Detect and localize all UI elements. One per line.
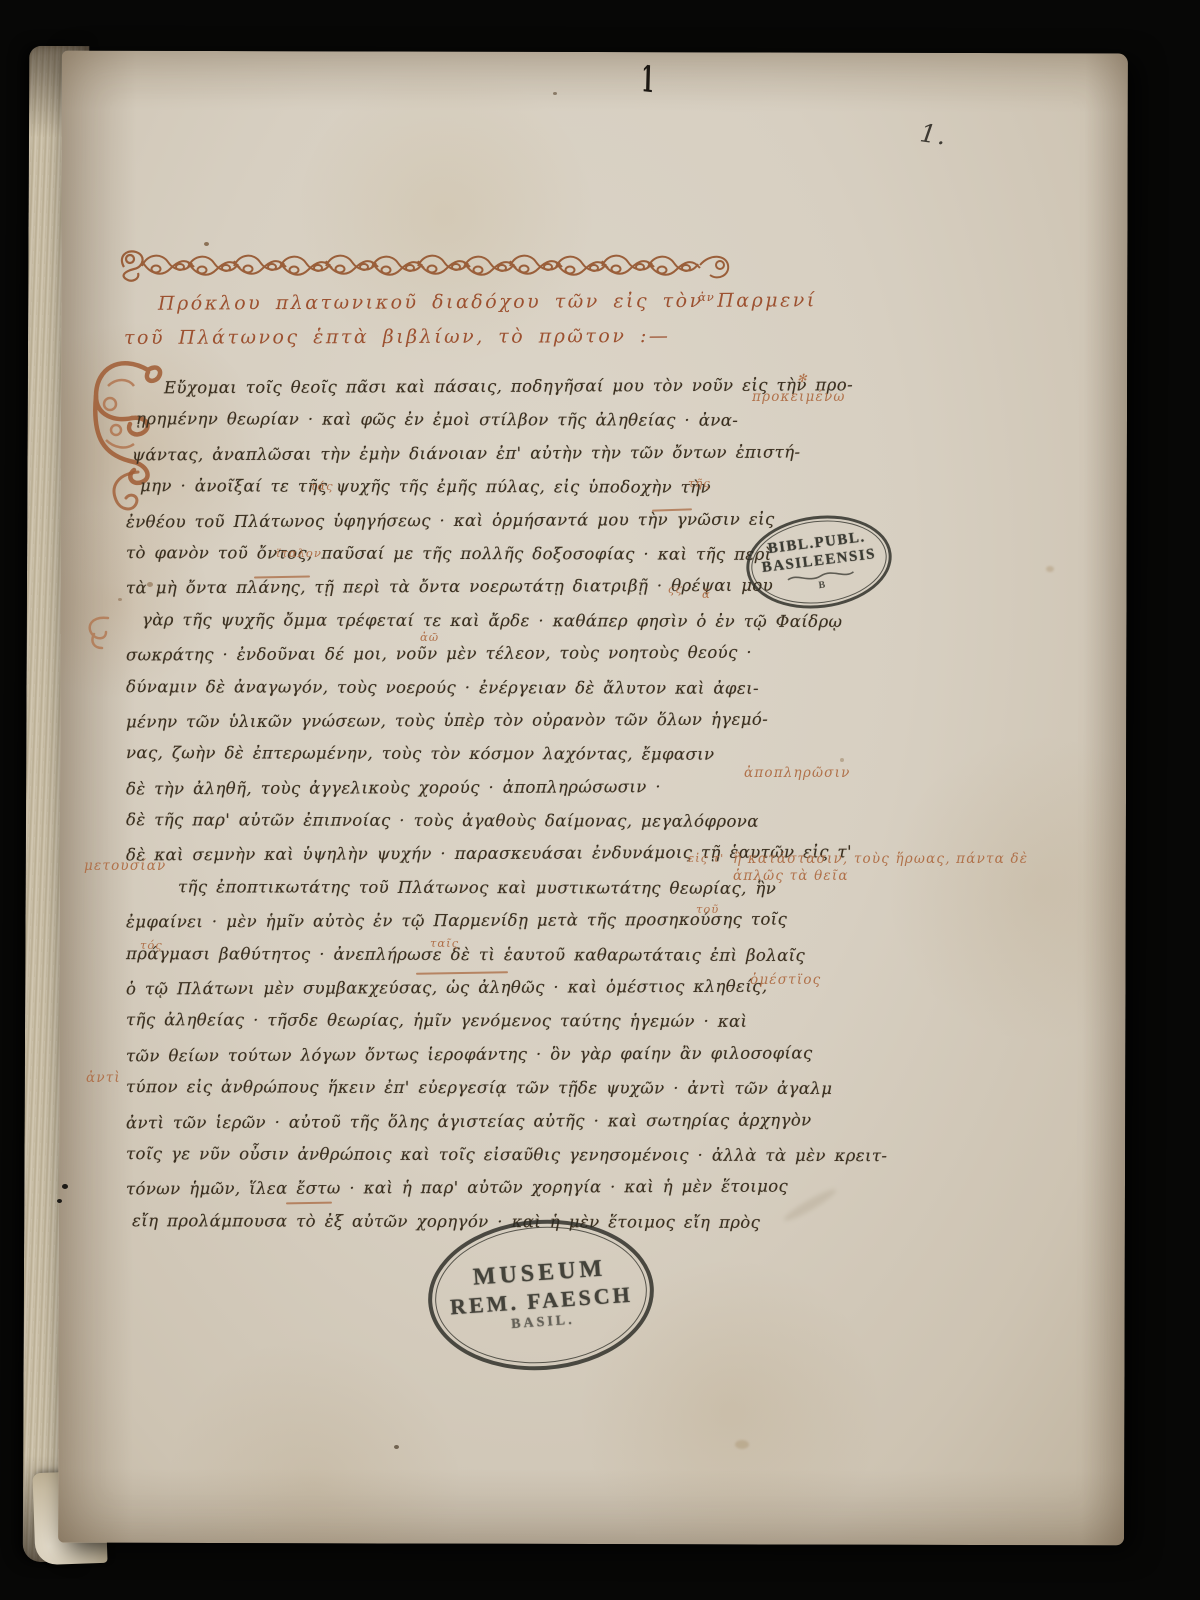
margin-note-line: μετουσίαν [84, 858, 166, 875]
text-line: μένην τῶν ὑλικῶν γνώσεων, τοὺς ὑπὲρ τὸν … [126, 709, 782, 745]
foxing-spot [840, 758, 844, 762]
text-line: δὲ τὴν ἀληθῆ, τοὺς ἀγγελικοὺς χορούς · ἀ… [126, 776, 782, 812]
margin-note-line: ἀντὶ [86, 1070, 121, 1087]
text-line: Εὔχομαι τοῖς θεοῖς πᾶσι καὶ πάσαις, ποδη… [126, 376, 782, 412]
stamp-text: B [818, 581, 826, 590]
main-text-block: Εὔχομαι τοῖς θεοῖς πᾶσι καὶ πάσαις, ποδη… [126, 377, 782, 1245]
headband-ornament-icon [116, 245, 734, 287]
text-line: τῆς ἐποπτικωτάτης τοῦ Πλάτωνος καὶ μυστι… [126, 877, 782, 912]
interlinear-gloss: τάς [310, 479, 334, 493]
title-line-1: Πρόκλου πλατωνικοῦ διαδόχου τῶν εἰς τὸν … [158, 289, 817, 314]
interlinear-gloss: τοῦ [696, 902, 719, 916]
margin-note-right: προκειμένω [752, 389, 846, 406]
text-line: σωκράτης · ἐνδοῦναι δέ μοι, νοῦν μὲν τέλ… [126, 643, 782, 679]
interlinear-gloss: εἰς τ' [688, 851, 724, 865]
margin-note-right: ὁμέστϊος [750, 972, 821, 989]
text-line: δὲ τῆς παρ' αὐτῶν ἐπιπνοίας · τοὺς ἀγαθο… [126, 810, 782, 845]
interlinear-gloss: τός [140, 938, 163, 952]
margin-note-line: ἢ κατάστασιν, τοὺς ἥρωας, πάντα δὲ [733, 851, 1028, 868]
ink-speck [62, 1184, 68, 1189]
manuscript-photograph: 1 1. [0, 0, 1200, 1600]
text-line: ὁ τῷ Πλάτωνι μὲν συμβακχεύσας, ὡς ἀληθῶς… [126, 977, 782, 1013]
text-line: ῃρημένην θεωρίαν · καὶ φῶς ἐν ἐμοὶ στίλβ… [126, 410, 782, 445]
museum-stamp: MUSEUM REM. FAESCH BASIL. [423, 1212, 659, 1377]
text-line: μην · ἀνοῖξαί τε τῆς ψυχῆς τῆς ἐμῆς πύλα… [126, 476, 782, 511]
text-line: τῆς ἀληθείας · τῆσδε θεωρίας, ἡμῖν γενόμ… [126, 1011, 782, 1046]
text-line: ψάντας, ἀναπλῶσαι τὴν ἐμὴν διάνοιαν ἐπ' … [126, 442, 782, 478]
foxing-spot [118, 598, 122, 601]
foxing-spot [735, 1440, 749, 1449]
interlinear-gloss: ἅ [702, 587, 711, 601]
library-stamp: BIBL.PUBL. BASILEENSIS B [741, 507, 897, 616]
ink-speck [57, 1199, 62, 1203]
text-line: δὲ καὶ σεμνὴν καὶ ὑψηλὴν ψυχήν · παρασκε… [126, 843, 782, 879]
margin-note-line: προκειμένω [752, 389, 846, 406]
text-line: γὰρ τῆς ψυχῆς ὄμμα τρέφεταί τε καὶ ἄρδε … [126, 610, 782, 645]
stamp-text: BASIL. [511, 1312, 576, 1333]
interlinear-gloss: ἀν [698, 290, 715, 304]
text-line: τοῖς γε νῦν οὖσιν ἀνθρώποις καὶ τοῖς εἰσ… [126, 1144, 782, 1179]
margin-note-line: ἀποπληρῶσιν [744, 765, 851, 782]
margin-note-line: ὁμέστϊος [750, 972, 821, 989]
paragraph-flourish-icon [82, 614, 114, 652]
interlinear-gloss: ἀῶ [420, 630, 439, 644]
text-line: νας, ζωὴν δὲ ἐπτερωμένην, τοὺς τὸν κόσμο… [126, 743, 782, 778]
title-line-2: τοῦ Πλάτωνος ἑπτὰ βιβλίων, τὸ πρῶτον :— [124, 325, 670, 349]
interlinear-gloss: τῆς [688, 476, 711, 490]
text-line: τόνων ἡμῶν, ἵλεα ἔστω · καὶ ἡ παρ' αὐτῶν… [126, 1177, 782, 1213]
foxing-spot [1046, 566, 1054, 572]
interlinear-gloss: ϊταλον [276, 546, 322, 560]
text-line: ἀντὶ τῶν ἱερῶν · αὐτοῦ τῆς ὅλης ἁγιστεία… [126, 1110, 782, 1146]
quire-mark: 1 [641, 58, 655, 101]
interlinear-gloss: ϛϛ [668, 582, 683, 596]
margin-note-line: ἁπλῶς τὰ θεῖα [733, 868, 1028, 885]
foxing-spot [553, 92, 557, 95]
text-line: τὰ μὴ ὄντα πλάνης, τῇ περὶ τὰ ὄντα νοερω… [126, 576, 782, 612]
margin-note-left: μετουσίαν [84, 858, 166, 875]
text-line: τύπον εἰς ἀνθρώπους ἥκειν ἐπ' εὐεργεσίᾳ … [126, 1077, 782, 1112]
text-line: ἐνθέου τοῦ Πλάτωνος ὑφηγήσεως · καὶ ὁρμή… [126, 509, 782, 545]
foxing-spot [394, 1445, 399, 1449]
text-line: δύναμιν δὲ ἀναγωγόν, τοὺς νοερούς · ἐνέρ… [126, 677, 782, 712]
margin-note-left: ἀντὶ [86, 1070, 121, 1087]
interlinear-gloss: ✻ [797, 371, 808, 385]
text-line: τῶν θείων τούτων λόγων ὄντως ἱεροφάντης … [126, 1043, 782, 1079]
interlinear-gloss: ταῖς [430, 936, 459, 950]
margin-note-right: ἀποπληρῶσιν [744, 765, 851, 782]
text-line: τὸ φανὸν τοῦ ὄντος, παῦσαί με τῆς πολλῆς… [126, 543, 782, 578]
margin-note-right: ἢ κατάστασιν, τοὺς ἥρωας, πάντα δὲἁπλῶς … [733, 851, 1028, 885]
folio-number: 1. [918, 118, 950, 151]
